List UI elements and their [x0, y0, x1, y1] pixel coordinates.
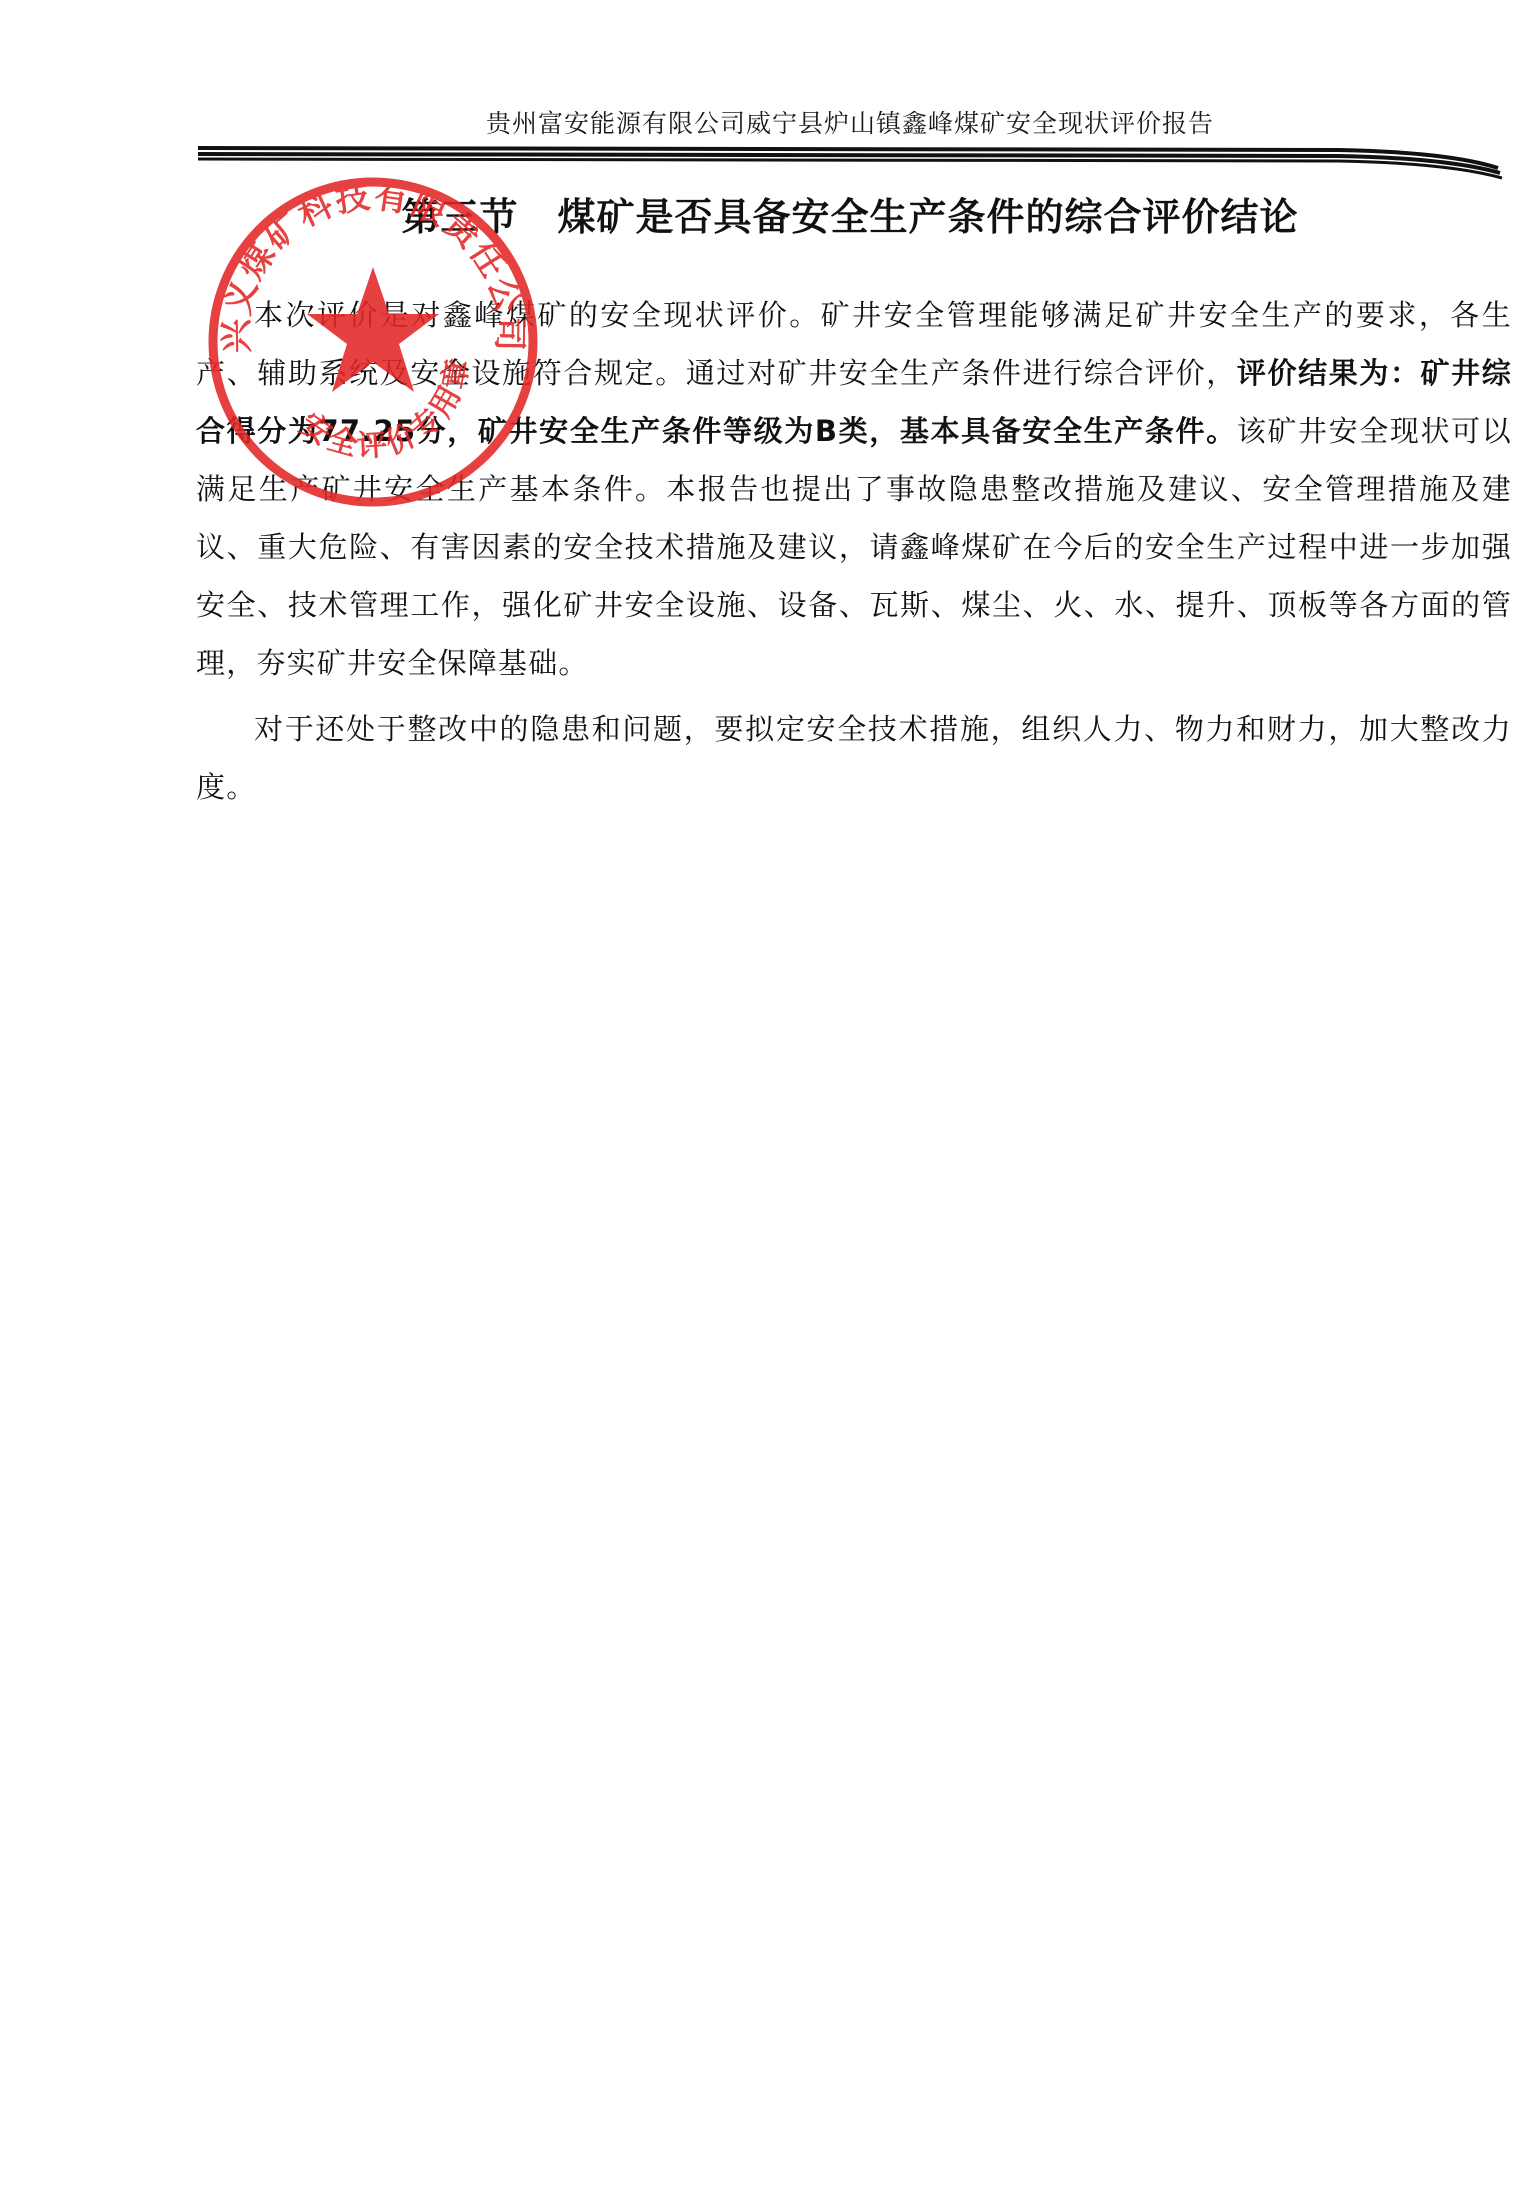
paragraph-rectification: 对于还处于整改中的隐患和问题，要拟定安全技术措施，组织人力、物力和财力，加大整改…: [196, 700, 1512, 816]
document-page: 贵州富安能源有限公司威宁县炉山镇鑫峰煤矿安全现状评价报告 第三节 煤矿是否具备安…: [0, 0, 1536, 2196]
paragraph-conclusion: 本次评价是对鑫峰煤矿的安全现状评价。矿井安全管理能够满足矿井安全生产的要求，各生…: [196, 286, 1512, 692]
section-title: 第三节 煤矿是否具备安全生产条件的综合评价结论: [200, 186, 1500, 241]
paragraph-text: 对于还处于整改中的隐患和问题，要拟定安全技术措施，组织人力、物力和财力，加大整改…: [196, 712, 1512, 804]
running-header: 贵州富安能源有限公司威宁县炉山镇鑫峰煤矿安全现状评价报告: [200, 104, 1500, 140]
paragraph-text: 该矿井安全现状可以满足生产矿井安全生产基本条件。本报告也提出了事故隐患整改措施及…: [196, 414, 1512, 680]
body-text: 本次评价是对鑫峰煤矿的安全现状评价。矿井安全管理能够满足矿井安全生产的要求，各生…: [196, 286, 1512, 824]
header-double-rule: [198, 142, 1508, 182]
